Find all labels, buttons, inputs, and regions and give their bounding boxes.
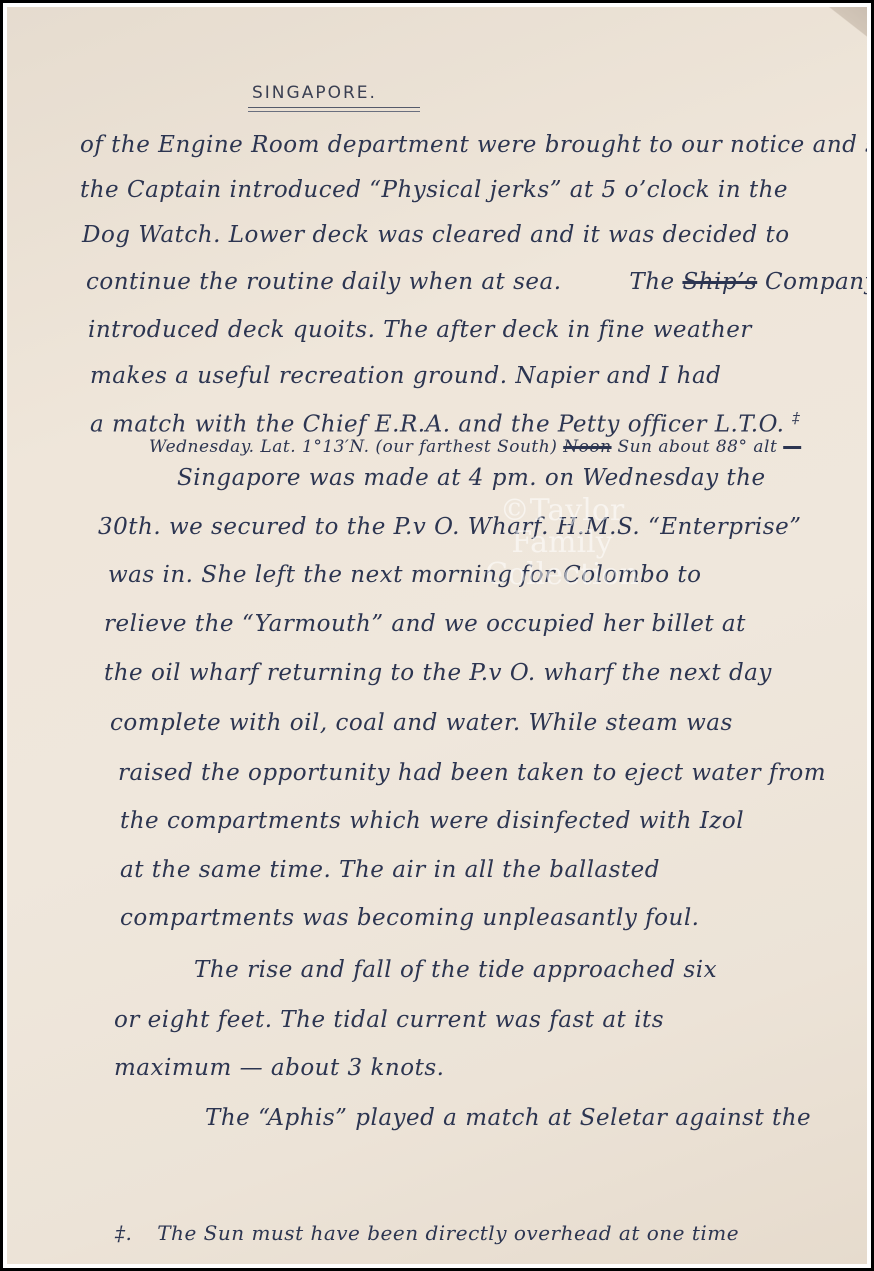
document-frame: SINGAPORE. of the Engine Room department… [0, 0, 874, 1271]
text-line-15: the compartments which were disinfected … [120, 808, 744, 834]
text-line-12: the oil wharf returning to the P.v O. wh… [104, 660, 772, 686]
text-line-7-main: a match with the Chief E.R.A. and the Pe… [90, 412, 784, 438]
text-line-21: The “Aphis” played a match at Seletar ag… [205, 1105, 811, 1131]
text-line-14: raised the opportunity had been taken to… [118, 760, 826, 786]
text-line-2: the Captain introduced “Physical jerks” … [80, 177, 788, 203]
watermark: ©Taylor Family Collection [442, 495, 682, 591]
text-line-19: or eight feet. The tidal current was fas… [114, 1007, 664, 1033]
inserted-note-text: Wednesday. Lat. 1°13′N. (our farthest So… [149, 437, 557, 457]
text-line-20: maximum — about 3 knots. [114, 1055, 444, 1081]
text-line-16: at the same time. The air in all the bal… [120, 857, 660, 883]
page-title: SINGAPORE. [252, 83, 377, 103]
text-line-4-main: continue the routine daily when at sea. [86, 269, 562, 295]
footnote-marker: ‡ [792, 409, 800, 427]
text-line-7: a match with the Chief E.R.A. and the Pe… [90, 409, 800, 438]
title-underline [248, 107, 420, 112]
ships-company-prefix: The [629, 269, 674, 295]
inserted-note: Wednesday. Lat. 1°13′N. (our farthest So… [149, 437, 801, 457]
text-line-11: relieve the “Yarmouth” and we occupied h… [104, 611, 746, 637]
text-line-1: of the Engine Room department were broug… [80, 132, 867, 158]
handwritten-page: SINGAPORE. of the Engine Room department… [7, 7, 867, 1264]
footnote: ‡. The Sun must have been directly overh… [115, 1221, 739, 1245]
watermark-line-1: ©Taylor [442, 495, 682, 527]
struck-word-ships: Ship’s [682, 269, 757, 295]
text-line-8: Singapore was made at 4 pm. on Wednesday… [177, 465, 766, 491]
text-line-4: continue the routine daily when at sea. … [86, 269, 867, 295]
inserted-note-struck: Noon [563, 437, 611, 457]
folded-corner [798, 7, 867, 59]
footnote-text: The Sun must have been directly overhead… [157, 1221, 739, 1245]
watermark-line-3: Collection [442, 559, 682, 591]
inserted-note-struck-tail: –– [783, 437, 801, 457]
text-line-17: compartments was becoming unpleasantly f… [120, 905, 700, 931]
text-line-6: makes a useful recreation ground. Napier… [90, 363, 721, 389]
footnote-marker-bottom: ‡. [115, 1221, 132, 1245]
watermark-line-2: Family [442, 527, 682, 559]
text-line-3: Dog Watch. Lower deck was cleared and it… [82, 222, 790, 248]
ships-company-suffix: Company [765, 269, 867, 295]
text-line-5: introduced deck quoits. The after deck i… [88, 317, 752, 343]
text-line-13: complete with oil, coal and water. While… [110, 710, 733, 736]
inserted-note-tail: Sun about 88° alt [617, 437, 777, 457]
text-line-18: The rise and fall of the tide approached… [194, 957, 717, 983]
